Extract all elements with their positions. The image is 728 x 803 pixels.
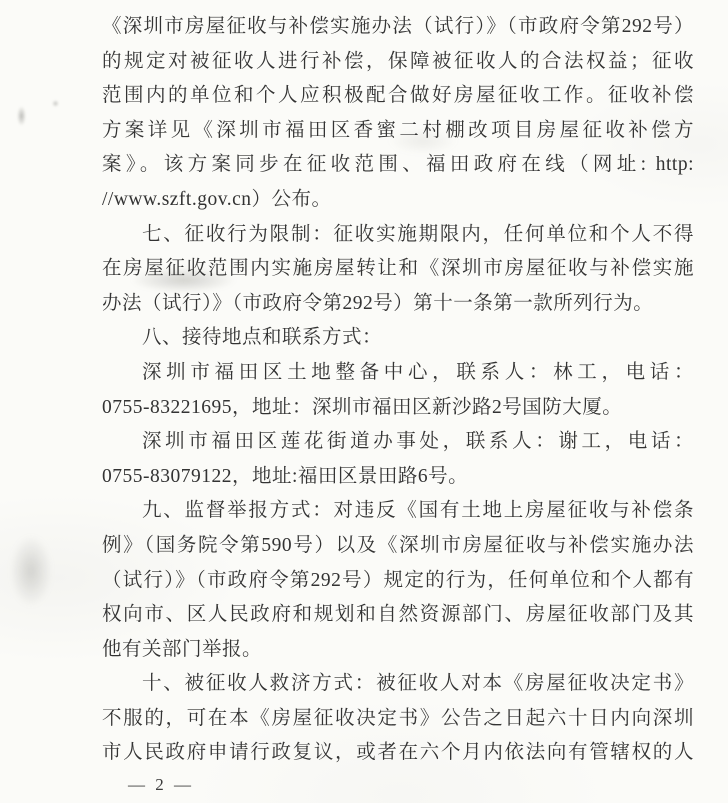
- text-line: 深圳市福田区土地整备中心，联系人：林工，电话：: [102, 356, 694, 391]
- text-line: 不服的，可在本《房屋征收决定书》公告之日起六十日内向深圳: [102, 702, 694, 737]
- text-line: //www.szft.gov.cn）公布。: [102, 183, 694, 218]
- text-line: 办法（试行）》（市政府令第292号）第十一条第一款所列行为。: [102, 287, 694, 322]
- text-line: （试行）》（市政府令第292号）规定的行为，任何单位和个人都有: [102, 564, 694, 599]
- text-line: 例》（国务院令第590号）以及《深圳市房屋征收与补偿实施办法: [102, 529, 694, 564]
- text-line: 的规定对被征收人进行补偿，保障被征收人的合法权益；征收: [102, 45, 694, 80]
- text-line: 他有关部门举报。: [102, 633, 694, 668]
- text-line: 权向市、区人民政府和规划和自然资源部门、房屋征收部门及其: [102, 598, 694, 633]
- page-number: — 2 —: [128, 775, 694, 795]
- text-line: 七、征收行为限制：征收实施期限内，任何单位和个人不得: [102, 218, 694, 253]
- lines-container: 《深圳市房屋征收与补偿实施办法（试行）》（市政府令第292号）的规定对被征收人进…: [102, 10, 694, 771]
- text-line: 范围内的单位和个人应积极配合做好房屋征收工作。征收补偿: [102, 79, 694, 114]
- text-line: 0755-83079122，地址:福田区景田路6号。: [102, 460, 694, 495]
- document-page: { "page": { "background_color": "#fbfbf8…: [0, 0, 728, 803]
- text-line: 在房屋征收范围内实施房屋转让和《深圳市房屋征收与补偿实施: [102, 252, 694, 287]
- text-line: 0755-83221695，地址：深圳市福田区新沙路2号国防大厦。: [102, 391, 694, 426]
- text-line: 十、被征收人救济方式：被征收人对本《房屋征收决定书》: [102, 667, 694, 702]
- text-line: 八、接待地点和联系方式：: [102, 321, 694, 356]
- text-line: 深圳市福田区莲花街道办事处，联系人：谢工，电话：: [102, 425, 694, 460]
- text-line: 案》。该方案同步在征收范围、福田政府在线（网址: http:: [102, 148, 694, 183]
- text-line: 方案详见《深圳市福田区香蜜二村棚改项目房屋征收补偿方: [102, 114, 694, 149]
- text-line: 九、监督举报方式：对违反《国有土地上房屋征收与补偿条: [102, 494, 694, 529]
- text-line: 市人民政府申请行政复议，或者在六个月内依法向有管辖权的人: [102, 736, 694, 771]
- text-line: 《深圳市房屋征收与补偿实施办法（试行）》（市政府令第292号）: [102, 10, 694, 45]
- document-body: 《深圳市房屋征收与补偿实施办法（试行）》（市政府令第292号）的规定对被征收人进…: [0, 0, 728, 795]
